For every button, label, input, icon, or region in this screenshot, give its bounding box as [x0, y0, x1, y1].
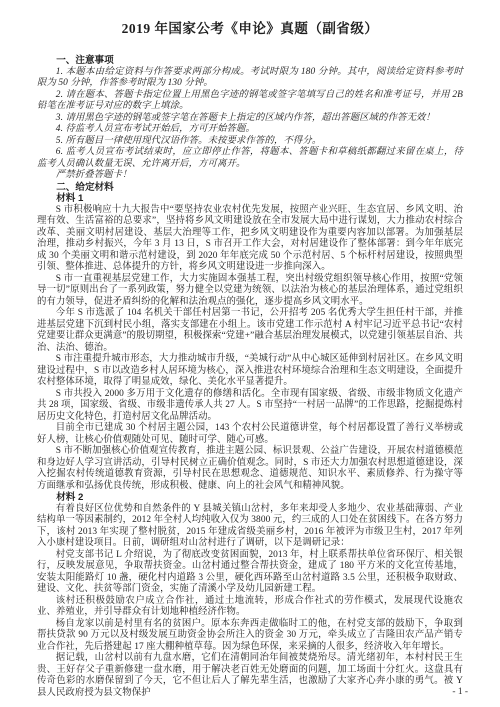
material-1-paragraph: S 市共投入 2000 多万用于文化遗存的修缮和活化。全市现有国家级、省级、市级… — [37, 389, 463, 424]
material-1-paragraph: S 市注重提升城市形态，大力推动城市升级，“美城行动”从中心城区延伸到村居社区。… — [37, 354, 463, 389]
material-1-paragraph: 目前全市已建成 30 个村居主题公园，143 个农村公民道德讲堂，每个村居都设置… — [37, 423, 463, 446]
material-2-paragraph: 该村还积极鼓励农户成立合作社，通过土地流转，形成合作社式的劳作模式，发展现代设施… — [37, 596, 463, 619]
material-1-label: 材料 1 — [37, 193, 463, 205]
material-1-paragraph: 今年 S 市选派了 104 名机关干部任村居第一书记，公开招考 205 名优秀大… — [37, 308, 463, 354]
material-2-paragraph: 村党支部书记 L 介绍说，为了彻底改变贫困面貌，2013 年，村上联系帮扶单位省… — [37, 550, 463, 596]
notice-item-6: 6. 监考人员宣布考试结束时，应立即停止作答，将题本、答题卡和草稿纸都翻过来留在… — [37, 147, 463, 170]
notice-item-2: 2. 请在题本、答题卡指定位置上用黑色字迹的钢笔或签字笔填写自己的姓名和准考证号… — [37, 90, 463, 113]
notice-item-4: 4. 待监考人员宣布考试开始后，方可开始答题。 — [37, 124, 463, 136]
notice-item-1: 1. 本题本由给定资料与作答要求两部分构成。考试时限为 180 分钟。其中，阅读… — [37, 67, 463, 90]
material-2-paragraph: 据记载，山岔村以前有九盘水磨，它们在清朝同治年间被焚烧殆尽。清光绪初年，本村村民… — [37, 653, 463, 699]
material-2-label: 材料 2 — [37, 492, 463, 504]
notice-section: 一、注意事项 1. 本题本由给定资料与作答要求两部分构成。考试时限为 180 分… — [37, 55, 463, 182]
material-1-paragraph: S 市积极响应十九大报告中“要坚持农业农村优先发展，按照产业兴旺、生态宜居、乡风… — [37, 205, 463, 274]
material-1-paragraph: S 市不断加强核心价值观宣传教育，推进主题公园、标识景观、公益广告建设，开展农村… — [37, 446, 463, 492]
material-2-paragraph: 有着良好区位优势和自然条件的 Y 县城关镇山岔村，多年来却受人多地少、农业基础薄… — [37, 504, 463, 550]
notice-warning: 严禁折叠答题卡！ — [37, 170, 463, 182]
material-2-paragraph: 杨自龙家以前是村里有名的贫困户。原本东奔西走做临时工的他，在村党支部的鼓励下，争… — [37, 619, 463, 654]
notice-item-3: 3. 请用黑色字迹的钢笔或签字笔在答题卡上指定的区域内作答，超出答题区域的作答无… — [37, 113, 463, 125]
notice-item-5: 5. 所有题目一律使用现代汉语作答。未按要求作答的，不得分。 — [37, 136, 463, 148]
notice-heading: 一、注意事项 — [37, 55, 463, 67]
materials-heading: 二、给定材料 — [37, 182, 463, 194]
page-number: - 1 - — [452, 687, 468, 698]
exam-paper-page: 2019 年国家公考《申论》真题（副省级） 一、注意事项 1. 本题本由给定资料… — [0, 0, 500, 707]
material-1-paragraph: S 市一直重视基层党建工作，大力实施固本强基工程，突出村级党组织领导核心作用，按… — [37, 274, 463, 309]
materials-section: 二、给定材料 材料 1 S 市积极响应十九大报告中“要坚持农业农村优先发展，按照… — [37, 182, 463, 700]
page-title: 2019 年国家公考《申论》真题（副省级） — [37, 20, 463, 38]
